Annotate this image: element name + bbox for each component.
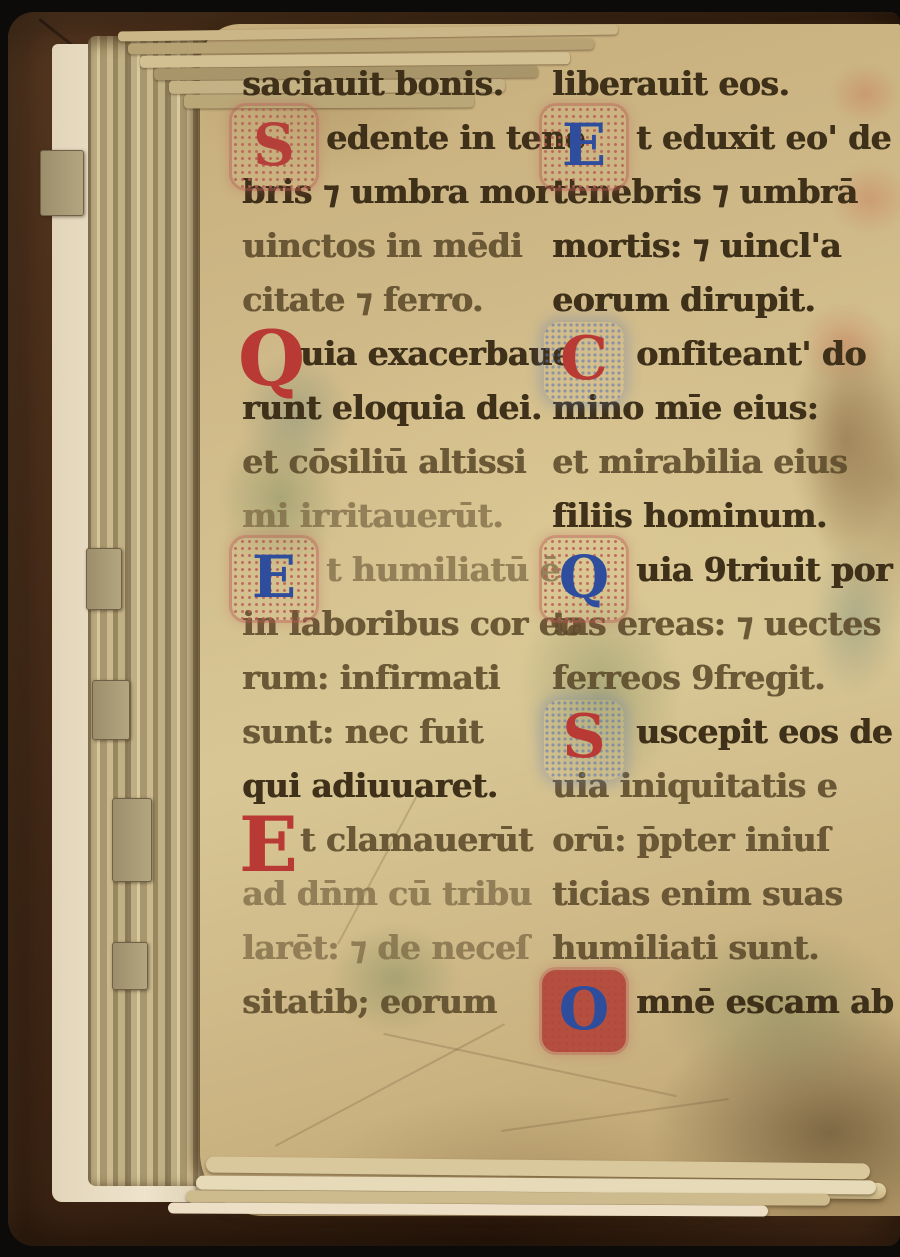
- decorated-initial: Q: [238, 326, 298, 392]
- line-text: t clamauerūt: [300, 820, 533, 859]
- decorated-initial: S: [232, 106, 316, 188]
- text-line: Confiteant' do: [552, 334, 900, 388]
- line-text: liberauit eos.: [552, 64, 789, 103]
- line-text: eorum dirupit.: [552, 280, 815, 319]
- text-line: et mirabilia eius: [552, 442, 900, 496]
- decorated-initial: E: [238, 812, 298, 878]
- text-line: orū: p̄pter iniuſ: [552, 820, 900, 874]
- text-line: uinctos in mēdi: [242, 226, 554, 280]
- text-line: sitatib; eorum: [242, 982, 554, 1036]
- line-text: mortis: ⁊ uincl'a: [552, 226, 841, 265]
- line-text: onfiteant' do: [636, 334, 866, 373]
- text-line: Et humiliatū ē: [242, 550, 554, 604]
- line-text: filiis hominum.: [552, 496, 827, 535]
- line-text: mnē escam ab: [636, 982, 893, 1021]
- text-column-right: liberauit eos.Et eduxit eo' detenebris ⁊…: [552, 64, 900, 1036]
- decorated-initial: E: [542, 106, 626, 188]
- text-line: Et clamauerūt: [242, 820, 554, 874]
- text-line: Quia 9triuit por: [552, 550, 900, 604]
- line-text: t eduxit eo' de: [636, 118, 891, 157]
- line-text: mi irritauerūt.: [242, 496, 503, 535]
- text-line: Sedente in tene: [242, 118, 554, 172]
- line-text: t humiliatū ē: [326, 550, 560, 589]
- parchment-tab: [86, 548, 122, 610]
- decorated-initial: E: [232, 538, 316, 620]
- text-line: Et eduxit eo' de: [552, 118, 900, 172]
- parchment-tab: [92, 680, 130, 740]
- line-text: uia 9triuit por: [636, 550, 892, 589]
- line-text: et mirabilia eius: [552, 442, 847, 481]
- manuscript-photo: Photograph of an open medieval illuminat…: [0, 0, 900, 1257]
- line-text: uinctos in mēdi: [242, 226, 522, 265]
- line-text: et cōsiliū altissi: [242, 442, 526, 481]
- text-line: larēt: ⁊ de neceſ: [242, 928, 554, 982]
- parchment-tab: [112, 942, 148, 990]
- line-text: larēt: ⁊ de neceſ: [242, 928, 529, 967]
- text-line: Omnē escam ab: [552, 982, 900, 1036]
- text-line: Suscepit eos de: [552, 712, 900, 766]
- line-text: saciauit bonis.: [242, 64, 503, 103]
- line-text: uia exacerbaue: [300, 334, 572, 373]
- decorated-initial: C: [544, 322, 624, 402]
- line-text: ticias enim suas: [552, 874, 842, 913]
- line-text: humiliati sunt.: [552, 928, 819, 967]
- decorated-initial: Q: [542, 538, 626, 620]
- line-text: rum: infirmati: [242, 658, 500, 697]
- wrinkle: [501, 1098, 729, 1132]
- text-column-left: saciauit bonis.Sedente in tenebris ⁊ umb…: [242, 64, 554, 1036]
- line-text: orū: p̄pter iniuſ: [552, 820, 830, 859]
- wrinkle: [275, 1023, 506, 1147]
- text-line: Quia exacerbaue: [242, 334, 554, 388]
- decorated-initial: O: [542, 970, 626, 1052]
- text-line: et cōsiliū altissi: [242, 442, 554, 496]
- text-line: rum: infirmati: [242, 658, 554, 712]
- line-text: ferreos 9fregit.: [552, 658, 825, 697]
- line-text: uscepit eos de: [636, 712, 892, 751]
- text-line: mortis: ⁊ uincl'a: [552, 226, 900, 280]
- line-text: sunt: nec fuit: [242, 712, 483, 751]
- decorated-initial: S: [544, 700, 624, 780]
- parchment-tab: [112, 798, 152, 882]
- text-line: sunt: nec fuit: [242, 712, 554, 766]
- line-text: sitatib; eorum: [242, 982, 497, 1021]
- parchment-tab: [40, 150, 84, 216]
- text-line: ticias enim suas: [552, 874, 900, 928]
